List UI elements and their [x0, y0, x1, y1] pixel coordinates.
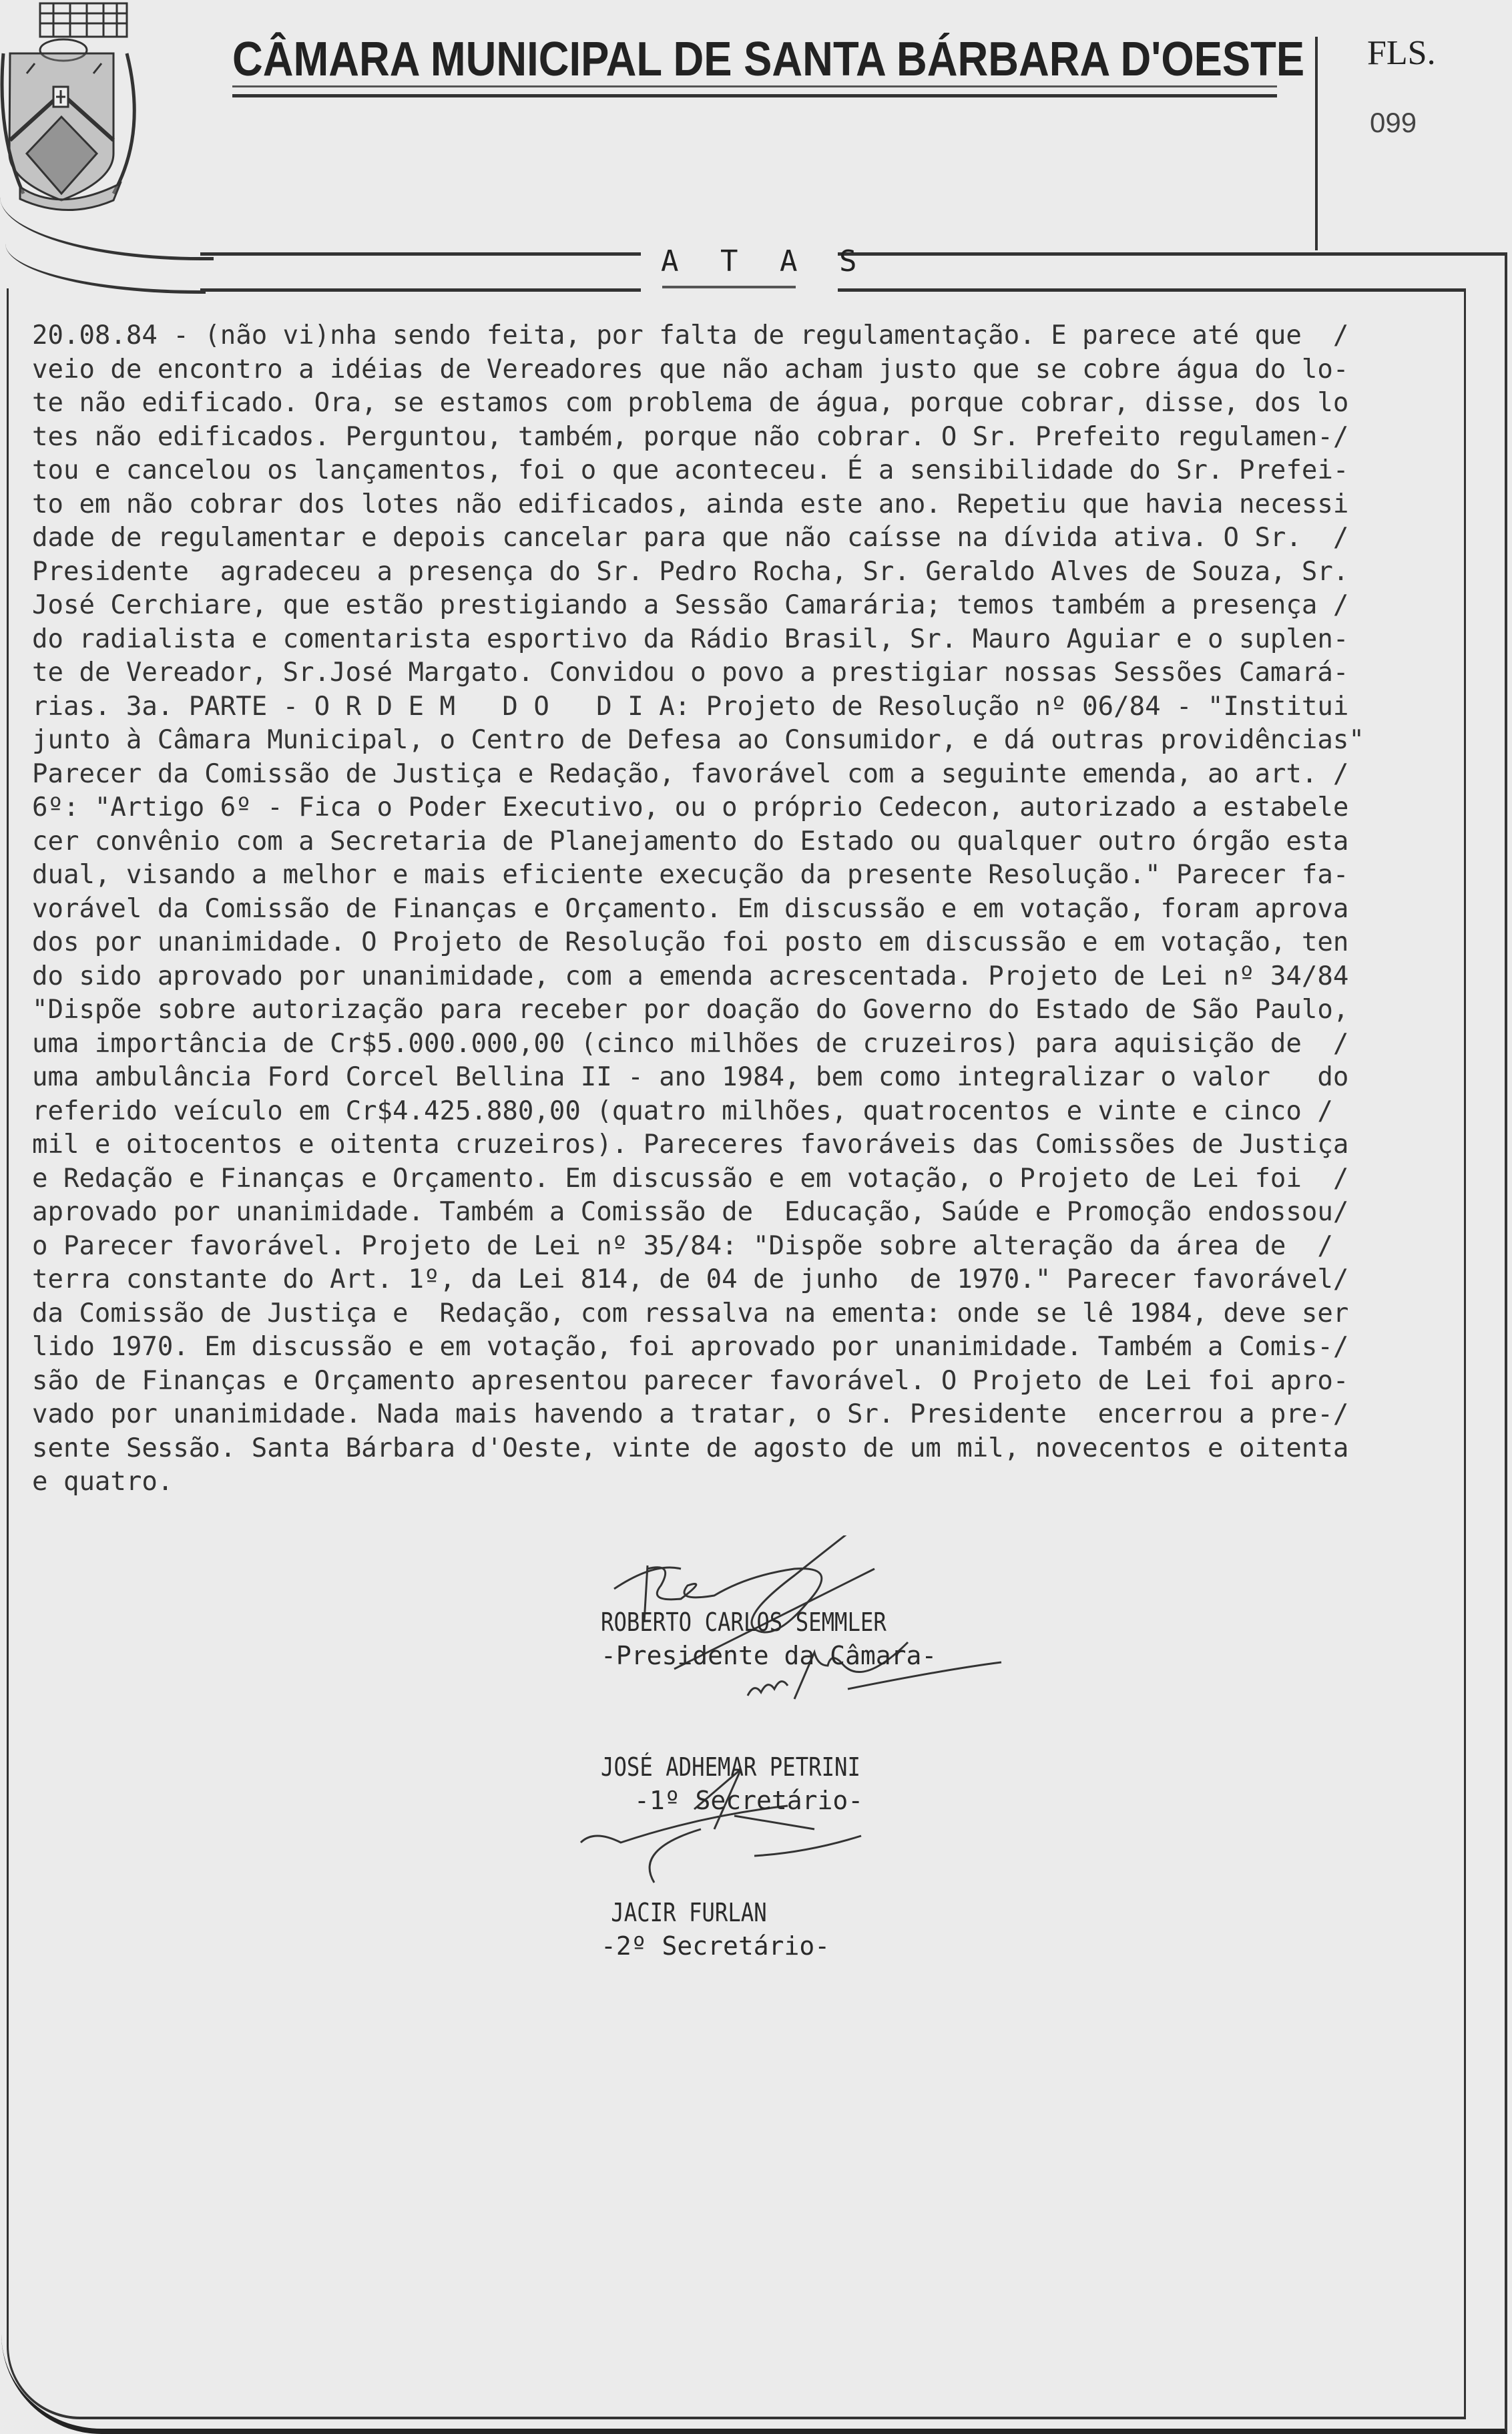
minutes-line: te de Vereador, Sr.José Margato. Convido…: [32, 656, 1464, 690]
minutes-line: 6º: "Artigo 6º - Fica o Poder Executivo,…: [32, 791, 1464, 825]
page-number: 099: [1370, 107, 1417, 139]
signer-name: ROBERTO CARLOS SEMMLER: [601, 1606, 887, 1639]
minutes-line: e Redação e Finanças e Orçamento. Em dis…: [32, 1162, 1464, 1196]
signer-name: JOSÉ ADHEMAR PETRINI: [601, 1750, 860, 1784]
minutes-line: são de Finanças e Orçamento apresentou p…: [32, 1365, 1464, 1399]
signer-role: -1º Secretário-: [601, 1784, 907, 1817]
minutes-line: tes não edificados. Perguntou, também, p…: [32, 421, 1464, 455]
minutes-line: uma ambulância Ford Corcel Bellina II - …: [32, 1061, 1464, 1095]
minutes-body: 20.08.84 - (não vi)nha sendo feita, por …: [32, 319, 1464, 1499]
header-rule-thick: [232, 94, 1277, 97]
minutes-line: dos por unanimidade. O Projeto de Resolu…: [32, 926, 1464, 960]
minutes-line: da Comissão de Justiça e Redação, com re…: [32, 1297, 1464, 1331]
minutes-line: vado por unanimidade. Nada mais havendo …: [32, 1398, 1464, 1432]
minutes-line: uma importância de Cr$5.000.000,00 (cinc…: [32, 1027, 1464, 1061]
municipal-coat-of-arms-icon: [0, 0, 187, 220]
minutes-line: veio de encontro a idéias de Vereadores …: [32, 353, 1464, 387]
minutes-line: dual, visando a melhor e mais eficiente …: [32, 859, 1464, 893]
signer-role: -2º Secretário-: [601, 1929, 830, 1963]
minutes-line: to em não cobrar dos lotes não edificado…: [32, 488, 1464, 522]
minutes-line: sente Sessão. Santa Bárbara d'Oeste, vin…: [32, 1432, 1464, 1466]
fls-label: FLS.: [1367, 33, 1436, 73]
signature-block-second-secretary: JACIR FURLAN -2º Secretário-: [601, 1896, 830, 1963]
minutes-line: mil e oitocentos e oitenta cruzeiros). P…: [32, 1128, 1464, 1162]
minutes-line: te não edificado. Ora, se estamos com pr…: [32, 387, 1464, 421]
chamber-header-title: CÂMARA MUNICIPAL DE SANTA BÁRBARA D'OEST…: [232, 32, 1304, 87]
signature-block-first-secretary: JOSÉ ADHEMAR PETRINI -1º Secretário-: [601, 1750, 907, 1817]
minutes-line: tou e cancelou os lançamentos, foi o que…: [32, 454, 1464, 488]
minutes-line: do sido aprovado por unanimidade, com a …: [32, 960, 1464, 994]
minutes-line: "Dispõe sobre autorização para receber p…: [32, 993, 1464, 1027]
minutes-line: Parecer da Comissão de Justiça e Redação…: [32, 758, 1464, 792]
minutes-line: o Parecer favorável. Projeto de Lei nº 3…: [32, 1230, 1464, 1264]
fls-divider: [1315, 37, 1318, 250]
minutes-line: lido 1970. Em discussão e em votação, fo…: [32, 1330, 1464, 1365]
minutes-line: cer convênio com a Secretaria de Planeja…: [32, 825, 1464, 859]
minutes-line: José Cerchiare, que estão prestigiando a…: [32, 589, 1464, 623]
minutes-line: vorável da Comissão de Finanças e Orçame…: [32, 893, 1464, 927]
minutes-line: junto à Câmara Municipal, o Centro de De…: [32, 724, 1464, 758]
minutes-line: referido veículo em Cr$4.425.880,00 (qua…: [32, 1095, 1464, 1129]
minutes-line: e quatro.: [32, 1465, 1464, 1499]
signer-role: -Presidente da Câmara-: [601, 1639, 937, 1672]
minutes-line: do radialista e comentarista esportivo d…: [32, 623, 1464, 657]
signature-block-president: ROBERTO CARLOS SEMMLER -Presidente da Câ…: [601, 1606, 937, 1672]
header-rule: [232, 85, 1277, 87]
minutes-line: aprovado por unanimidade. Também a Comis…: [32, 1196, 1464, 1230]
minutes-line: Presidente agradeceu a presença do Sr. P…: [32, 555, 1464, 589]
minutes-line: rias. 3a. PARTE - O R D E M D O D I A: P…: [32, 690, 1464, 724]
minutes-line: 20.08.84 - (não vi)nha sendo feita, por …: [32, 319, 1464, 353]
minutes-line: dade de regulamentar e depois cancelar p…: [32, 521, 1464, 555]
minutes-line: terra constante do Art. 1º, da Lei 814, …: [32, 1263, 1464, 1297]
signer-name: JACIR FURLAN: [601, 1896, 796, 1929]
